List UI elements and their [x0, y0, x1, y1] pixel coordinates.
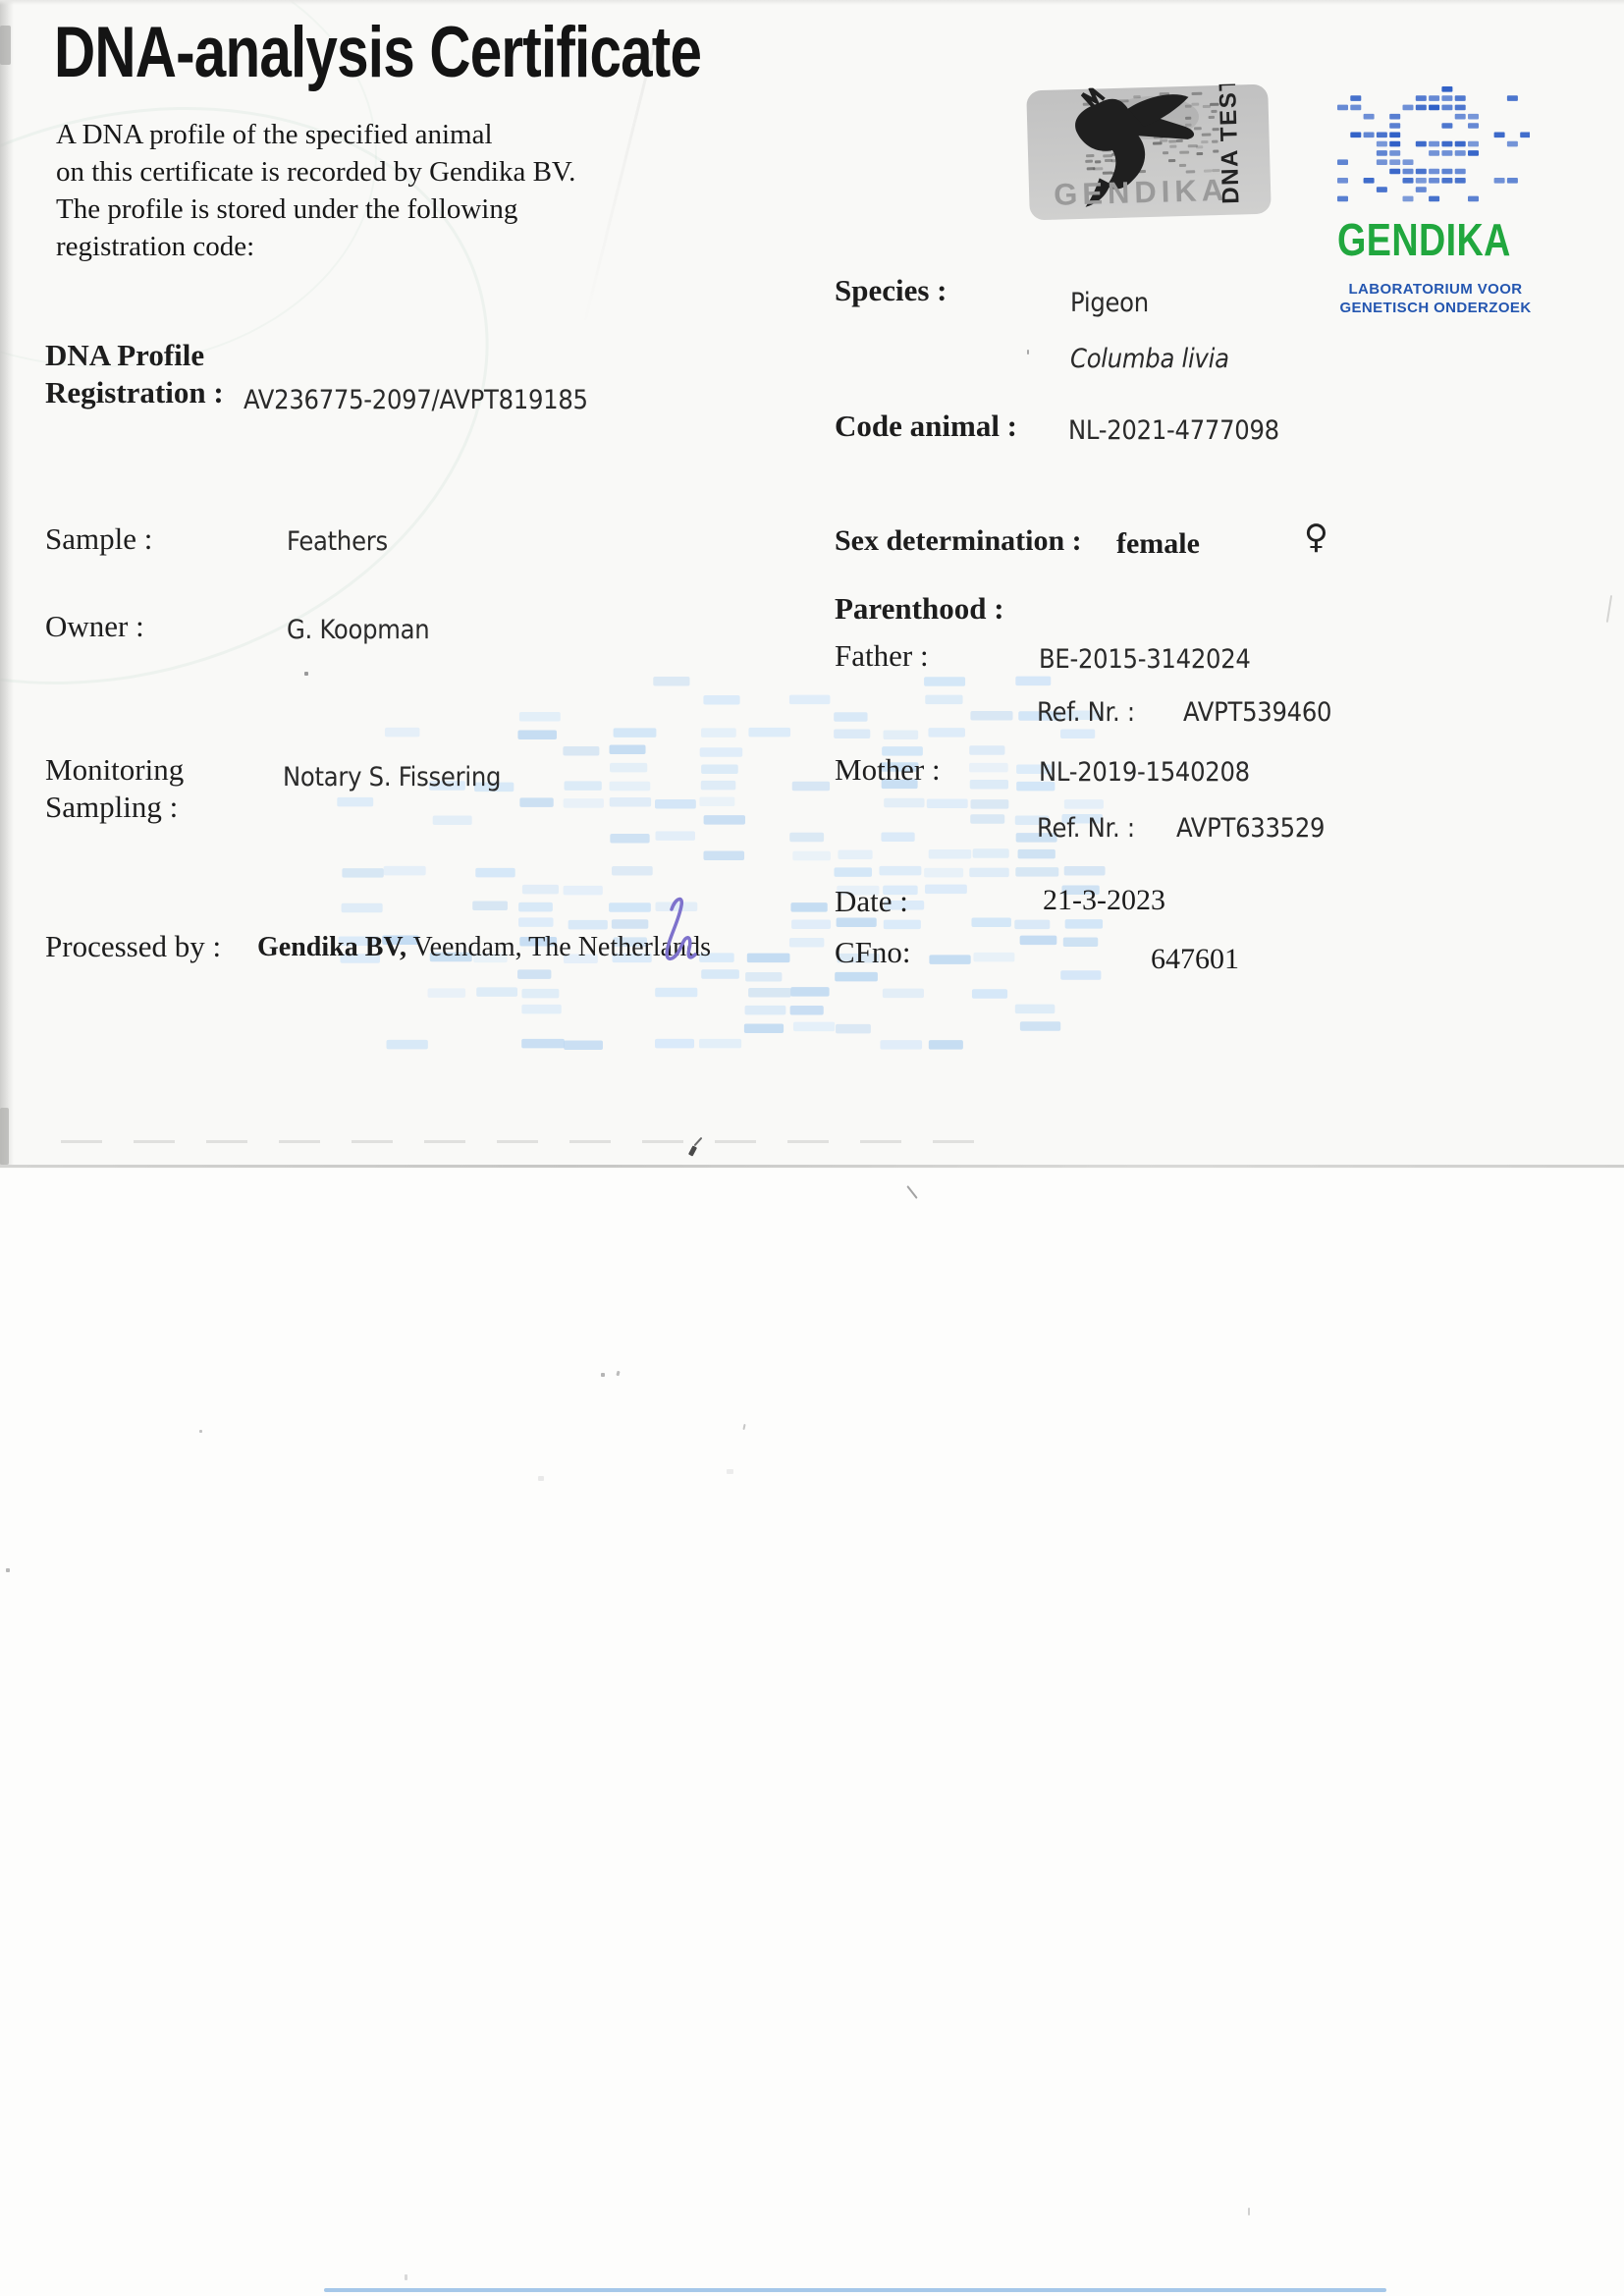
scan-speck [727, 1469, 733, 1474]
code-animal-label: Code animal : [835, 409, 1017, 444]
species-latin-name: Columba livia [1070, 344, 1229, 374]
mother-ref-value: AVPT633529 [1176, 813, 1325, 844]
scan-speck [405, 2274, 407, 2280]
scan-shadow-top-edge [0, 0, 1624, 5]
owner-label: Owner : [45, 609, 144, 644]
code-animal-value: NL-2021-4777098 [1068, 415, 1279, 446]
intro-paragraph: A DNA profile of the specified animal on… [56, 116, 575, 265]
monitoring-value: Notary S. Fissering [283, 762, 501, 793]
lab-logo: GENDIKA LABORATORIUM VOOR GENETISCH ONDE… [1337, 86, 1534, 317]
hologram-sticker: GENDIKA DNA TESTED [1025, 83, 1272, 222]
species-label: Species : [835, 273, 947, 308]
father-value: BE-2015-3142024 [1039, 644, 1251, 675]
sample-value: Feathers [287, 526, 388, 557]
scan-speck [906, 1185, 917, 1199]
species-value: Pigeon [1070, 288, 1149, 318]
mother-value: NL-2019-1540208 [1039, 757, 1250, 788]
scan-edge-smudge [0, 1108, 9, 1165]
scan-corner-mark [0, 26, 11, 65]
sex-determination-value: female [1116, 527, 1200, 561]
monitoring-label-line1: Monitoring [45, 752, 184, 788]
mother-label: Mother : [835, 752, 941, 788]
date-value: 21-3-2023 [1043, 884, 1165, 917]
scan-speck [6, 1568, 10, 1572]
paper-edge-shadow-dashes [61, 1140, 994, 1143]
paper-edge-line [0, 1165, 1624, 1168]
intro-line: on this certificate is recorded by Gendi… [56, 153, 575, 191]
father-ref-value: AVPT539460 [1183, 697, 1331, 728]
processed-by-org: Gendika BV, [257, 932, 406, 962]
logo-subtitle-line: LABORATORIUM VOOR [1337, 280, 1534, 299]
scan-edge-line-bottom [324, 2288, 1386, 2292]
sample-label: Sample : [45, 521, 152, 557]
owner-value: G. Koopman [287, 615, 429, 645]
logo-brand-text: GENDIKA [1337, 213, 1498, 266]
intro-line: registration code: [56, 228, 575, 265]
sex-determination-label: Sex determination : [835, 524, 1082, 558]
scan-speck [304, 672, 308, 676]
dna-profile-label-line1: DNA Profile [45, 338, 204, 373]
sticker-dna-tested-text: DNA TESTED [1214, 83, 1245, 204]
mother-ref-label: Ref. Nr. : [1037, 813, 1135, 844]
parenthood-label: Parenthood : [835, 591, 1004, 627]
logo-pixel-g-icon [1337, 86, 1530, 202]
scan-speck [601, 1373, 605, 1377]
scan-speck [1027, 350, 1029, 355]
logo-subtitle-line: GENETISCH ONDERZOEK [1337, 299, 1534, 317]
scan-speck [616, 1371, 620, 1377]
monitoring-label-line2: Sampling : [45, 790, 178, 825]
intro-line: A DNA profile of the specified animal [56, 116, 575, 153]
scanned-certificate-page: DNA-analysis Certificate A DNA profile o… [0, 0, 1624, 2296]
certificate-title: DNA-analysis Certificate [54, 12, 701, 93]
scan-shadow-left-edge [0, 0, 14, 1167]
father-ref-label: Ref. Nr. : [1037, 697, 1135, 728]
scan-speck [742, 1424, 745, 1430]
sticker-brand-text: GENDIKA [1054, 173, 1229, 212]
dna-profile-value: AV236775-2097/AVPT819185 [244, 385, 588, 415]
certificate-sheet: DNA-analysis Certificate A DNA profile o… [0, 0, 1624, 1169]
date-label: Date : [835, 884, 908, 919]
dna-profile-label-line2: Registration : [45, 375, 224, 410]
father-label: Father : [835, 638, 929, 674]
processed-by-value: Gendika BV, Veendam, The Netherlands [257, 932, 711, 963]
scan-speck [1248, 2208, 1250, 2215]
gel-electrophoresis-watermark [334, 676, 1119, 1061]
scan-speck [538, 1476, 544, 1481]
processed-by-label: Processed by : [45, 929, 221, 964]
signature-scribble [652, 896, 699, 974]
scan-speck [199, 1430, 202, 1433]
cfno-value: 647601 [1151, 943, 1239, 976]
intro-line: The profile is stored under the followin… [56, 191, 575, 228]
female-symbol-icon: ♀ [1304, 518, 1328, 557]
cfno-label: CFno: [835, 935, 911, 970]
